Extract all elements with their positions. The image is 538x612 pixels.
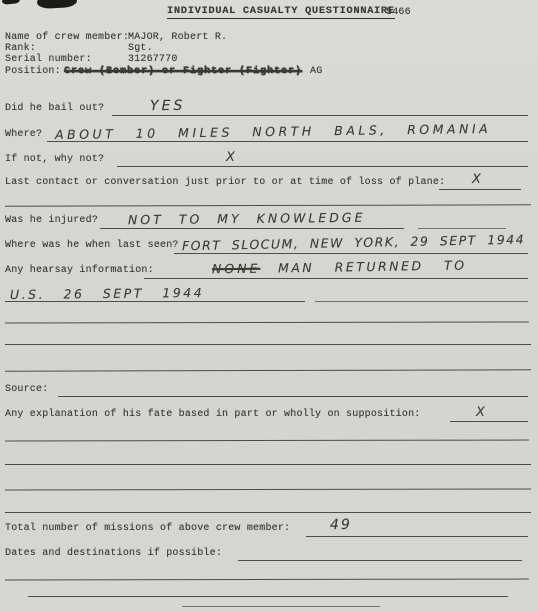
answer-line <box>450 421 528 422</box>
answer-line <box>117 166 528 167</box>
where-label: Where? <box>5 129 42 140</box>
position-value: AG <box>310 66 322 77</box>
position-struck-text: Crew (Bomber) or Fighter (Fighter) <box>64 66 302 77</box>
blank-line <box>5 579 529 581</box>
ink-mark <box>2 0 21 5</box>
injured-label: Was he injured? <box>5 215 98 226</box>
bail-out-label: Did he bail out? <box>5 103 104 114</box>
hearsay-struck-answer: NONE <box>212 261 261 277</box>
blank-line <box>5 488 531 490</box>
blank-line <box>28 596 508 597</box>
blank-line <box>5 440 529 442</box>
hearsay-label: Any hearsay information: <box>5 265 154 276</box>
answer-line <box>306 536 528 537</box>
position-label: Position: <box>5 66 61 77</box>
supposition-label: Any explanation of his fate based in par… <box>5 409 420 420</box>
blank-line <box>5 344 531 345</box>
bail-out-answer: YES <box>150 98 185 114</box>
form-number: 5466 <box>386 7 411 18</box>
blank-line <box>5 464 531 465</box>
supposition-answer: X <box>476 405 485 420</box>
hearsay-answer-line2: U.S. 26 SEPT 1944 <box>10 285 204 302</box>
answer-line <box>439 189 521 190</box>
serial-label: Serial number: <box>5 54 92 65</box>
last-seen-answer: FORT SLOCUM, NEW YORK, 29 SEPT 1944 <box>182 232 525 254</box>
missions-label: Total number of missions of above crew m… <box>5 523 290 534</box>
missions-answer: 49 <box>330 517 352 533</box>
last-seen-label: Where was he when last seen? <box>5 240 179 251</box>
name-value: MAJOR, Robert R. <box>128 32 227 43</box>
if-not-answer: X <box>226 150 235 165</box>
blank-line <box>5 321 529 323</box>
where-answer: ABOUT 10 MILES NORTH BALS, ROMANIA <box>55 121 491 142</box>
injured-answer: NOT TO MY KNOWLEDGE <box>128 210 366 227</box>
rank-label: Rank: <box>5 43 36 54</box>
position-colon: : <box>288 66 294 77</box>
last-contact-label: Last contact or conversation just prior … <box>5 177 445 188</box>
casualty-questionnaire-document: INDIVIDUAL CASUALTY QUESTIONNAIRE 5466 N… <box>0 0 538 612</box>
answer-line <box>100 228 404 229</box>
page-title: INDIVIDUAL CASUALTY QUESTIONNAIRE <box>167 6 395 19</box>
continuation-line <box>315 301 528 302</box>
hearsay-answer: MAN RETURNED TO <box>278 258 467 276</box>
serial-value: 31267770 <box>128 54 178 65</box>
name-label: Name of crew member: <box>5 32 129 43</box>
answer-line <box>238 560 522 561</box>
answer-line <box>112 115 528 116</box>
last-contact-answer: X <box>472 172 481 187</box>
rank-value: Sgt. <box>128 43 153 54</box>
blank-line <box>182 606 380 607</box>
answer-line <box>418 228 506 229</box>
if-not-label: If not, why not? <box>5 154 104 165</box>
answer-line <box>144 278 528 279</box>
dates-label: Dates and destinations if possible: <box>5 548 222 559</box>
answer-line <box>174 253 528 254</box>
continuation-line <box>5 301 305 302</box>
ink-mark <box>37 0 78 9</box>
answer-line <box>58 396 528 397</box>
continuation-line <box>5 204 531 206</box>
blank-line <box>5 369 531 371</box>
source-label: Source: <box>5 384 48 395</box>
blank-line <box>5 512 531 513</box>
